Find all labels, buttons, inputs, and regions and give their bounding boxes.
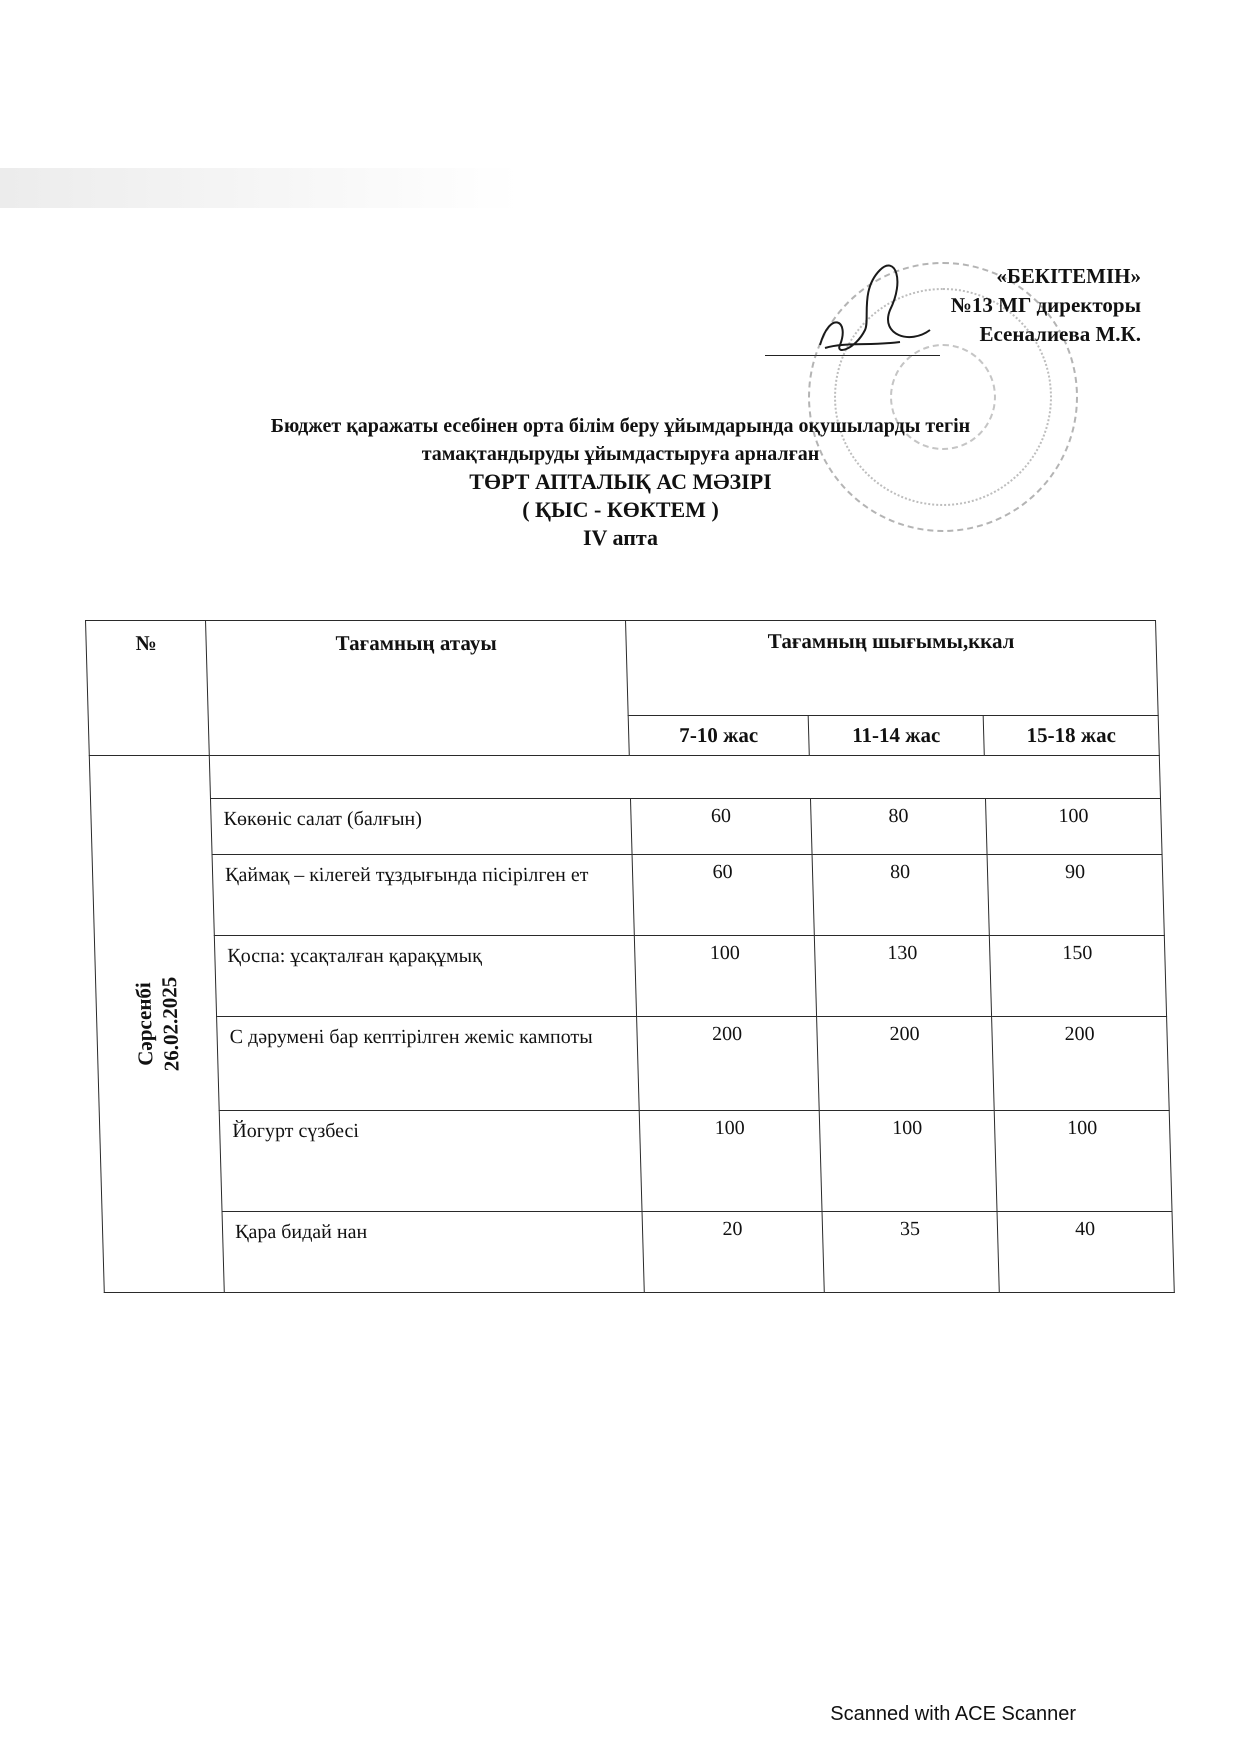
day-cell: Сәрсенбі 26.02.2025 [89, 756, 224, 1293]
day-date: 26.02.2025 [155, 977, 184, 1072]
value-7-10: 100 [639, 1111, 822, 1212]
value-11-14: 100 [819, 1111, 997, 1212]
value-7-10: 100 [634, 936, 816, 1017]
signature [810, 250, 960, 360]
value-15-18: 100 [985, 799, 1162, 855]
value-15-18: 40 [997, 1212, 1174, 1293]
scan-edge-shadow [0, 168, 520, 208]
value-11-14: 200 [817, 1017, 995, 1111]
dish-name: Көкөніс салат (балғын) [210, 799, 632, 855]
value-15-18: 200 [992, 1017, 1170, 1111]
dish-name: Қаймақ – кілегей тұздығында пісірілген е… [212, 855, 634, 936]
scanner-watermark: Scanned with ACE Scanner [830, 1703, 1076, 1726]
header-age-15-18: 15-18 жас [983, 716, 1159, 756]
dish-name: Қара бидай нан [222, 1212, 644, 1293]
value-15-18: 100 [994, 1111, 1172, 1212]
document-title: Бюджет қаражаты есебінен орта білім беру… [0, 412, 1241, 552]
table-header-row: № Тағамның атауы Тағамның шығымы,ккал [86, 621, 1159, 716]
empty-cell [209, 756, 1160, 799]
approval-block: «БЕКІТЕМІН» №13 МГ директоры Есеналиева … [951, 262, 1141, 349]
header-age-11-14: 11-14 жас [808, 716, 984, 756]
value-11-14: 80 [810, 799, 987, 855]
title-line-1: Бюджет қаражаты есебінен орта білім беру… [0, 412, 1241, 440]
dish-name: Қоспа: ұсақталған қарақұмық [214, 936, 636, 1017]
value-11-14: 80 [812, 855, 989, 936]
header-output: Тағамның шығымы,ккал [626, 621, 1159, 716]
value-7-10: 200 [637, 1017, 820, 1111]
header-dish-name: Тағамның атауы [206, 621, 630, 756]
day-weekday: Сәрсенбі [129, 977, 158, 1072]
table-row: Көкөніс салат (балғын) 60 80 100 [90, 799, 1162, 855]
day-label: Сәрсенбі 26.02.2025 [129, 977, 184, 1072]
value-7-10: 60 [630, 799, 812, 855]
table-row: С дәрумені бар кептірілген жеміс кампоты… [97, 1017, 1170, 1111]
menu-table: № Тағамның атауы Тағамның шығымы,ккал 7-… [85, 620, 1175, 1293]
title-line-5: IV апта [0, 524, 1241, 552]
table-row: Қаймақ – кілегей тұздығында пісірілген е… [92, 855, 1164, 936]
approval-heading: «БЕКІТЕМІН» [951, 262, 1141, 291]
table-row: Қара бидай нан 20 35 40 [102, 1212, 1174, 1293]
title-line-3: ТӨРТ АПТАЛЫҚ АС МӘЗІРІ [0, 468, 1241, 496]
table-empty-row: Сәрсенбі 26.02.2025 [89, 756, 1160, 799]
dish-name: С дәрумені бар кептірілген жеміс кампоты [217, 1017, 640, 1111]
title-line-2: тамақтандыруды ұйымдастыруға арналған [0, 440, 1241, 468]
value-7-10: 20 [642, 1212, 824, 1293]
value-15-18: 90 [987, 855, 1164, 936]
approval-signatory: Есеналиева М.К. [951, 320, 1141, 349]
table-row: Йогурт сүзбесі 100 100 100 [99, 1111, 1172, 1212]
value-15-18: 150 [989, 936, 1166, 1017]
value-11-14: 35 [822, 1212, 999, 1293]
dish-name: Йогурт сүзбесі [219, 1111, 642, 1212]
title-line-4: ( ҚЫС - КӨКТЕМ ) [0, 496, 1241, 524]
header-number: № [86, 621, 210, 756]
header-age-7-10: 7-10 жас [628, 716, 809, 756]
table-row: Қоспа: ұсақталған қарақұмық 100 130 150 [94, 936, 1166, 1017]
value-11-14: 130 [814, 936, 991, 1017]
approval-position: №13 МГ директоры [951, 291, 1141, 320]
value-7-10: 60 [632, 855, 814, 936]
